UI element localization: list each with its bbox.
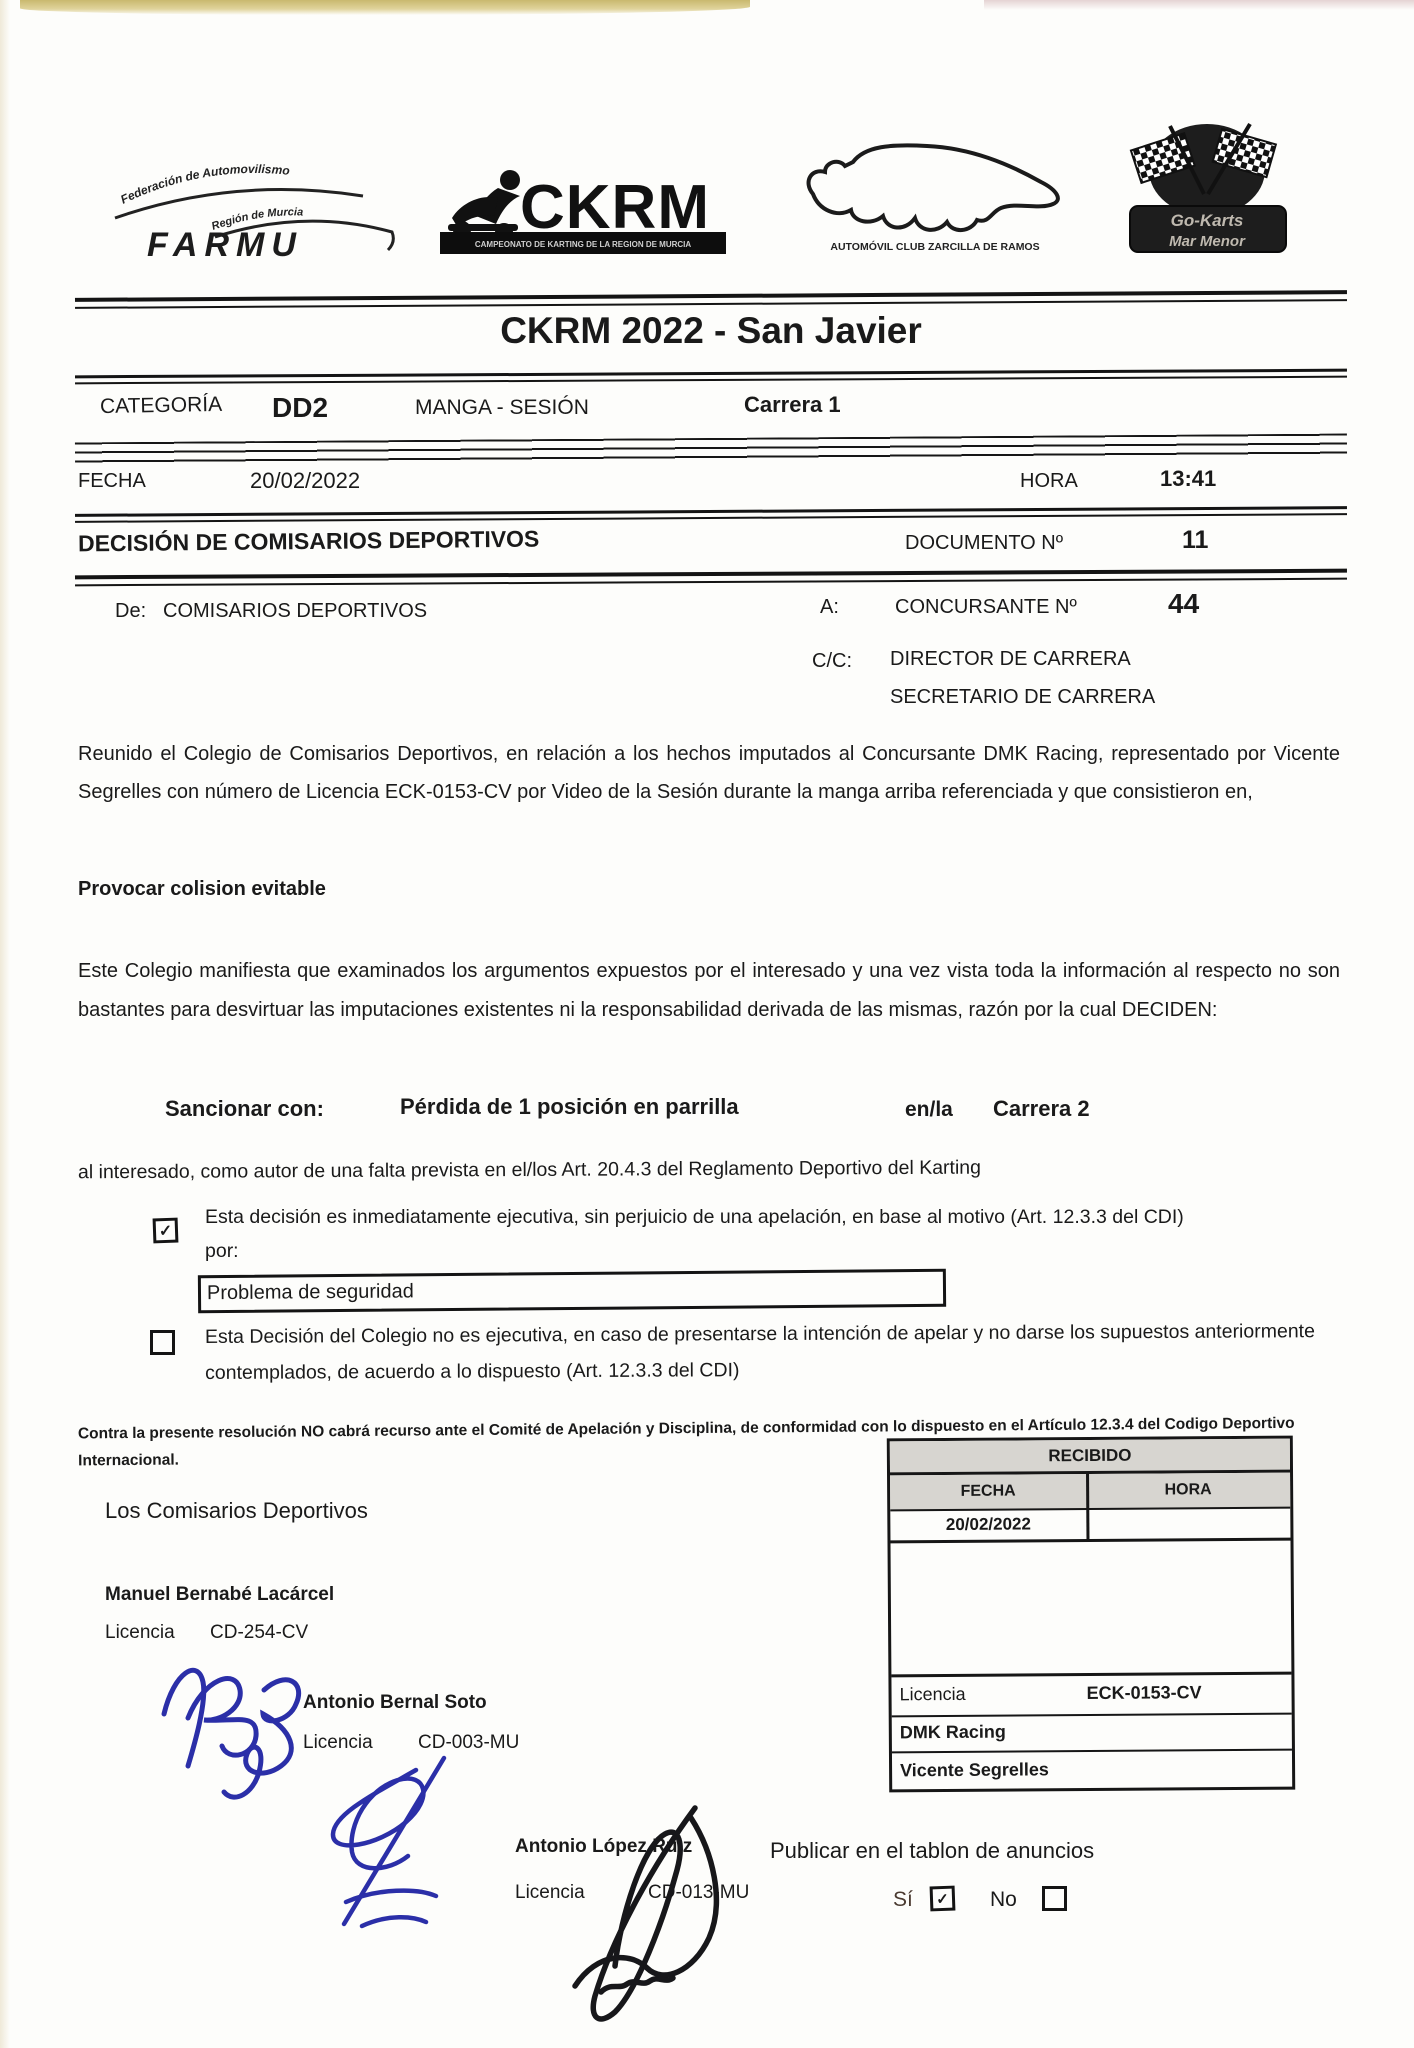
motivo-text: Problema de seguridad [207,1280,414,1305]
categoria-value: DD2 [272,392,328,424]
offense-text: Provocar colision evitable [78,878,326,901]
ckrm-wordmark: CKRM [520,173,710,242]
signer1-licencia-value: CD-254-CV [210,1622,308,1644]
publish-no-checkbox [1042,1886,1067,1911]
check1-text: Esta decisión es inmediatamente ejecutiv… [205,1200,1345,1234]
gokarts-logo: Go-Karts Mar Menor [1112,102,1302,260]
recibido-fecha-value: 20/02/2022 [890,1514,1086,1535]
svg-text:Federación de Automovilismo: Federación de Automovilismo [118,162,290,207]
signer3-licencia-value: CD-013-MU [648,1882,749,1904]
publish-no-label: No [990,1888,1017,1912]
a-value: CONCURSANTE Nº [895,596,1077,619]
track-outline-logo: AUTOMÓVIL CLUB ZARCILLA DE RAMOS [795,138,1075,260]
a-number: 44 [1168,588,1199,620]
a-label: A: [820,596,839,619]
rule-under-fecha [75,506,1347,523]
sancionar-label: Sancionar con: [165,1096,324,1122]
body-paragraph-1: Reunido el Colegio de Comisarios Deporti… [78,735,1340,811]
recibido-licencia-value: ECK-0153-CV [1086,1682,1201,1704]
recibido-hora-value [1086,1513,1290,1514]
signatures-heading: Los Comisarios Deportivos [105,1498,368,1524]
scanned-document-page: { "header": { "logos": { "farmu": { "arc… [0,0,1414,2048]
decision-title: DECISIÓN DE COMISARIOS DEPORTIVOS [78,526,540,558]
cc-label: C/C: [812,650,852,673]
track-logo-caption: AUTOMÓVIL CLUB ZARCILLA DE RAMOS [830,240,1039,253]
motivo-box: Problema de seguridad [198,1269,946,1314]
recibido-piloto: Vicente Segrelles [900,1759,1049,1781]
checkbox-no-ejecutiva [150,1330,175,1355]
farmu-wordmark: FARMU [147,226,303,258]
ckrm-subtitle: CAMPEONATO DE KARTING DE LA REGION DE MU… [475,240,692,249]
signer1-name: Manuel Bernabé Lacárcel [105,1584,334,1606]
signature-manuel-bernabe [142,1642,382,1812]
rule-under-decision [75,569,1347,587]
scan-tint-left [0,0,10,2048]
recibido-hora-label: HORA [1086,1481,1290,1500]
checkbox-ejecutiva-mark: ✓ [158,1220,172,1240]
publish-label: Publicar en el tablon de anuncios [770,1838,1094,1864]
check1-por: por: [205,1240,239,1263]
ckrm-logo: CKRM CAMPEONATO DE KARTING DE LA REGION … [438,132,728,260]
enla-value: Carrera 2 [993,1096,1090,1122]
recibido-title: RECIBIDO [1048,1445,1131,1466]
enla-label: en/la [905,1098,953,1122]
farmu-logo: Federación de Automovilismo Región de Mu… [95,138,395,258]
hora-label: HORA [1020,470,1078,493]
sancion-value: Pérdida de 1 posición en parrilla [400,1094,739,1120]
cc-line2: SECRETARIO DE CARRERA [890,686,1155,709]
recibido-signature-space [891,1541,1292,1678]
recibido-fecha-label: FECHA [890,1482,1086,1501]
body-paragraph-2: Este Colegio manifiesta que examinados l… [78,952,1340,1030]
gokarts-line2: Mar Menor [1169,233,1246,250]
recibido-licencia-row: Licencia ECK-0153-CV [891,1675,1291,1718]
signature-antonio-bernal [316,1752,476,1937]
scan-tint-top-right [984,0,1414,10]
de-value: COMISARIOS DEPORTIVOS [163,600,427,623]
recibido-col-divider2 [1086,1510,1089,1542]
signature-antonio-lopez [535,1796,755,2041]
fecha-label: FECHA [78,470,146,493]
recibido-equipo: DMK Racing [900,1722,1006,1744]
check2-text: Esta Decisión del Colegio no es ejecutiv… [205,1313,1345,1391]
fecha-value: 20/02/2022 [250,468,360,494]
signer2-licencia-value: CD-003-MU [418,1732,519,1754]
recibido-equipo-row: DMK Racing [892,1715,1292,1754]
farmu-arc-top-text: Federación de Automovilismo [118,162,290,207]
recibido-values-row: 20/02/2022 [890,1509,1290,1544]
signer3-name: Antonio López Ruiz [515,1836,692,1858]
publish-si-checkbox: ✓ [930,1886,956,1912]
publish-si-mark: ✓ [936,1889,949,1907]
recibido-header: RECIBIDO [890,1439,1290,1476]
rule-top [75,290,1347,309]
documento-label: DOCUMENTO Nº [905,532,1063,555]
recibido-licencia-label: Licencia [899,1684,965,1705]
torn-paper-edge [20,0,750,15]
recibido-col-divider [1086,1474,1089,1510]
checkbox-ejecutiva: ✓ [153,1218,179,1244]
cc-line1: DIRECTOR DE CARRERA [890,648,1131,671]
de-label: De: [115,600,146,623]
page-title: CKRM 2022 - San Javier [75,310,1347,352]
publish-si-label: Sí [893,1888,913,1912]
signer2-name: Antonio Bernal Soto [303,1692,487,1714]
categoria-label: CATEGORÍA [100,393,223,419]
recibido-subheader: FECHA HORA [890,1473,1290,1512]
hora-value: 13:41 [1160,466,1216,492]
manga-label: MANGA - SESIÓN [415,396,589,420]
interesado-line: al interesado, como autor de una falta p… [78,1155,1340,1185]
rule-wavy-band [75,434,1347,465]
signer1-licencia-label: Licencia [105,1622,175,1644]
manga-value: Carrera 1 [744,392,841,418]
documento-value: 11 [1182,526,1208,555]
recibido-piloto-row: Vicente Segrelles [892,1751,1292,1790]
recibido-table: RECIBIDO FECHA HORA 20/02/2022 Licencia … [887,1436,1295,1793]
signer3-licencia-label: Licencia [515,1882,585,1904]
rule-under-title [75,369,1347,385]
gokarts-line1: Go-Karts [1171,211,1244,230]
signer2-licencia-label: Licencia [303,1732,373,1754]
